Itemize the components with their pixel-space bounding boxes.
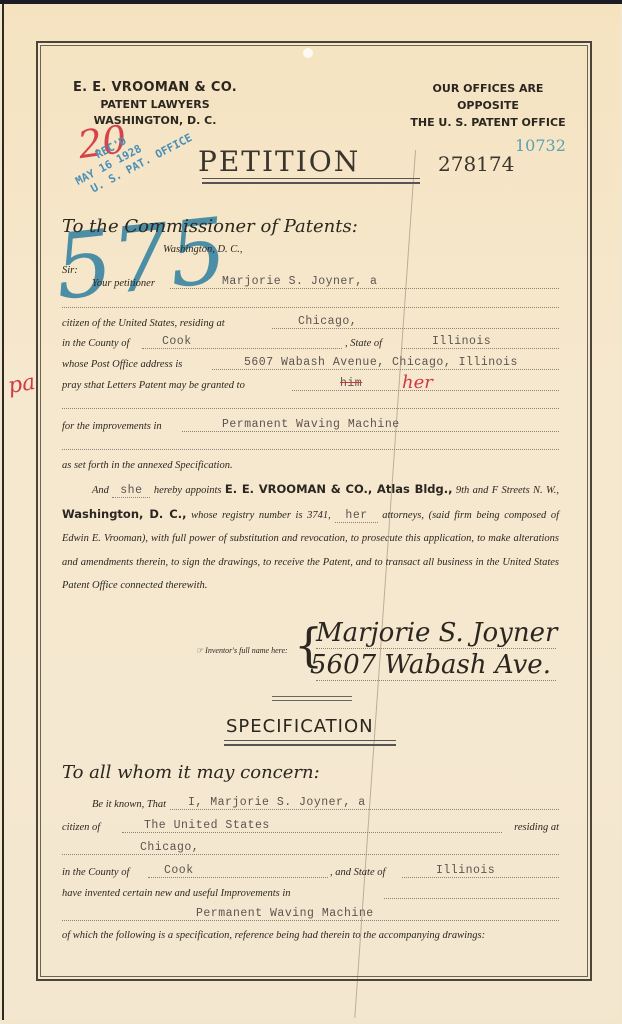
petitioner-value: Marjorie S. Joyner, a xyxy=(222,275,377,288)
margin-note: pa xyxy=(6,370,37,399)
post-office-value: 5607 Wabash Avenue, Chicago, Illinois xyxy=(244,356,518,369)
struck-pronoun: him xyxy=(340,377,362,390)
spec-citizen-row: citizen of The United States residing at xyxy=(62,819,559,835)
citizen-label: citizen of the United States, residing a… xyxy=(62,318,225,329)
annexed-text: as set forth in the annexed Specificatio… xyxy=(62,460,233,471)
spec-county-value: Cook xyxy=(164,864,194,877)
county-label: in the County of xyxy=(62,338,129,349)
spec-citizen-value: The United States xyxy=(144,819,270,832)
county-value: Cook xyxy=(162,335,192,348)
citizen-row: citizen of the United States, residing a… xyxy=(62,315,559,331)
specification-title: SPECIFICATION xyxy=(226,716,374,737)
washington-bold: Washington, D. C., xyxy=(62,507,186,521)
appointment-paragraph: And she hereby appoints E. E. VROOMAN & … xyxy=(62,478,559,598)
spec-state-label: , and State of xyxy=(330,867,385,878)
be-it-known-label: Be it known, That xyxy=(92,799,166,810)
firm-bold: E. E. VROOMAN & CO., Atlas Bldg., xyxy=(225,482,453,496)
specification-underline xyxy=(224,740,396,746)
address-line xyxy=(316,680,556,681)
offices-line-3: THE U. S. PATENT OFFICE xyxy=(408,114,568,131)
inventor-label: ☞ Inventor's full name here: xyxy=(196,646,288,655)
inventor-label-text: Inventor's full name here: xyxy=(205,646,288,655)
signature-address: 5607 Wabash Ave. xyxy=(310,650,551,680)
attorneys-text: attorneys, (said firm being composed of … xyxy=(62,510,559,592)
attorneys-pronoun: her xyxy=(335,509,377,523)
residing-value: Chicago, xyxy=(298,315,357,328)
offices-notice: OUR OFFICES ARE OPPOSITE THE U. S. PATEN… xyxy=(408,80,568,131)
improvements-value: Permanent Waving Machine xyxy=(222,418,400,431)
invention-row: Permanent Waving Machine xyxy=(62,907,559,923)
spec-state-value: Illinois xyxy=(436,864,495,877)
pray-row: pray sthat Letters Patent may be granted… xyxy=(62,377,559,393)
title-underline xyxy=(202,178,420,184)
pointing-hand-icon: ☞ xyxy=(196,646,205,655)
spec-county-row: in the County of Cook , and State of Ill… xyxy=(62,864,559,880)
state-value: Illinois xyxy=(432,335,491,348)
signature-name: Marjorie S. Joyner xyxy=(316,618,557,648)
petition-salutation: To the Commissioner of Patents: xyxy=(62,216,358,237)
blank-line xyxy=(62,408,559,409)
handwritten-her: her xyxy=(402,372,433,393)
page-title: PETITION xyxy=(198,145,360,178)
divider xyxy=(272,696,352,701)
offices-line-2: OPPOSITE xyxy=(408,97,568,114)
spec-residing-row: Chicago, xyxy=(62,841,559,857)
offices-line-1: OUR OFFICES ARE xyxy=(408,80,568,97)
appoints-text: hereby appoints xyxy=(154,485,222,496)
and-label: And xyxy=(62,485,109,496)
be-it-known-value: I, Marjorie S. Joyner, a xyxy=(188,796,366,809)
post-office-row: whose Post Office address is 5607 Wabash… xyxy=(62,356,559,372)
blank-line xyxy=(62,449,559,450)
blank-line xyxy=(62,307,559,308)
registry-text: whose registry number is 3741, xyxy=(191,510,331,521)
petitioner-row: Your petitioner Marjorie S. Joyner, a xyxy=(62,275,559,291)
petition-city: Washington, D. C., xyxy=(163,244,243,255)
be-it-known-row: Be it known, That I, Marjorie S. Joyner,… xyxy=(62,796,559,812)
invented-row: have invented certain new and useful Imp… xyxy=(62,885,559,901)
spec-citizen-label: citizen of xyxy=(62,822,100,833)
firm-subtitle: PATENT LAWYERS xyxy=(40,98,270,111)
signature-line xyxy=(316,648,556,649)
post-office-label: whose Post Office address is xyxy=(62,359,182,370)
invented-label: have invented certain new and useful Imp… xyxy=(62,888,291,899)
spec-residing-value: Chicago, xyxy=(140,841,199,854)
firm-name: E. E. VROOMAN & CO. xyxy=(40,80,270,95)
improvements-row: for the improvements in Permanent Waving… xyxy=(62,418,559,434)
state-label: , State of xyxy=(345,338,382,349)
petitioner-label: Your petitioner xyxy=(92,278,155,289)
streets-text: 9th and F Streets N. W., xyxy=(456,485,559,496)
specification-salutation: To all whom it may concern: xyxy=(62,762,320,783)
spec-county-label: in the County of xyxy=(62,867,129,878)
specification-closing: of which the following is a specificatio… xyxy=(62,930,559,941)
invention-value: Permanent Waving Machine xyxy=(196,907,374,920)
county-state-row: in the County of Cook , State of Illinoi… xyxy=(62,335,559,351)
serial-stamp: 10732 xyxy=(515,136,566,155)
improvements-label: for the improvements in xyxy=(62,421,162,432)
pronoun-value: she xyxy=(112,484,150,498)
pray-label: pray sthat Letters Patent may be granted… xyxy=(62,380,245,391)
spec-residing-label: residing at xyxy=(514,822,559,833)
application-number: 278174 xyxy=(438,152,514,176)
